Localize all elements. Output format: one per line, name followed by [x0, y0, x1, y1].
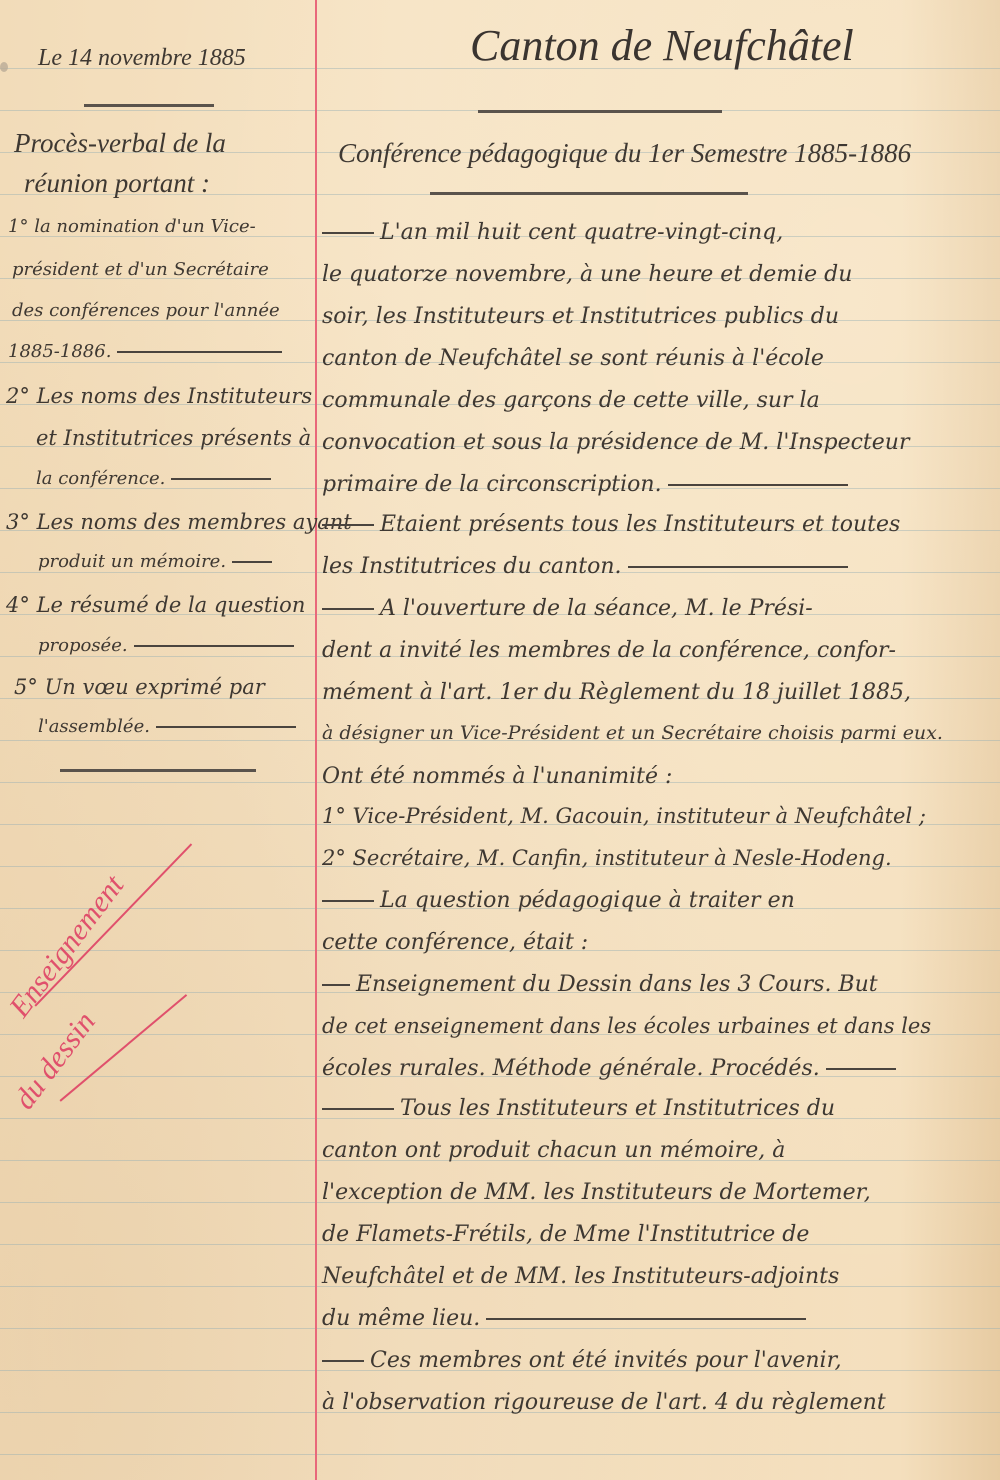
body-line: cette conférence, était :: [322, 932, 588, 954]
body-line: Ces membres ont été invités pour l'aveni…: [322, 1350, 842, 1372]
body-line: Neufchâtel et de MM. les Instituteurs-ad…: [322, 1266, 839, 1288]
margin-item-1-cont: président et d'un Secrétaire: [12, 261, 269, 279]
binding-hole: [0, 62, 8, 72]
body-line: de cet enseignement dans les écoles urba…: [322, 1016, 931, 1037]
document-subtitle: Conférence pédagogique du 1er Semestre 1…: [338, 138, 911, 169]
margin-item-2-cont: et Institutrices présents à: [36, 428, 311, 449]
body-line: A l'ouverture de la séance, M. le Prési-: [322, 598, 813, 620]
margin-item-5-cont: l'assemblée.: [38, 718, 302, 736]
body-line: 1° Vice-Président, M. Gacouin, institute…: [322, 806, 926, 827]
body-line: Enseignement du Dessin dans les 3 Cours.…: [322, 974, 878, 996]
body-line: canton ont produit chacun un mémoire, à: [322, 1140, 785, 1162]
red-margin-line: [315, 0, 317, 1480]
body-line: Tous les Instituteurs et Institutrices d…: [322, 1098, 835, 1120]
margin-item-1-cont: des conférences pour l'année: [12, 302, 280, 320]
divider: [84, 104, 214, 107]
margin-item-1-cont: 1885-1886.: [8, 343, 288, 361]
body-line: convocation et sous la présidence de M. …: [322, 432, 909, 454]
body-line: canton de Neufchâtel se sont réunis à l'…: [322, 348, 824, 370]
entry-date: Le 14 novembre 1885: [38, 45, 246, 72]
margin-heading: Procès-verbal de la: [14, 128, 226, 159]
divider: [430, 192, 748, 195]
body-line: du même lieu.: [322, 1308, 812, 1330]
divider: [60, 769, 256, 772]
margin-heading: réunion portant :: [24, 168, 210, 199]
body-line: 2° Secrétaire, M. Canfin, instituteur à …: [322, 848, 892, 869]
body-line: soir, les Instituteurs et Institutrices …: [322, 306, 839, 328]
body-line: Ont été nommés à l'unanimité :: [322, 766, 672, 788]
body-line: L'an mil huit cent quatre-vingt-cinq,: [322, 222, 783, 244]
body-line: l'exception de MM. les Instituteurs de M…: [322, 1182, 871, 1204]
margin-item-5: 5° Un vœu exprimé par: [14, 677, 265, 698]
margin-item-3-cont: produit un mémoire.: [38, 553, 278, 571]
body-line: dent a invité les membres de la conféren…: [322, 640, 896, 662]
margin-item-1: 1° la nomination d'un Vice-: [8, 218, 256, 236]
body-line: de Flamets-Frétils, de Mme l'Institutric…: [322, 1224, 809, 1246]
document-title: Canton de Neufchâtel: [470, 20, 854, 71]
divider: [478, 110, 722, 113]
body-line: La question pédagogique à traiter en: [322, 890, 795, 912]
body-line: primaire de la circonscription.: [322, 474, 854, 496]
body-line: les Institutrices du canton.: [322, 556, 854, 578]
margin-item-3: 3° Les noms des membres ayant: [6, 512, 352, 533]
margin-item-4-cont: proposée.: [38, 637, 300, 655]
body-line: écoles rurales. Méthode générale. Procéd…: [322, 1058, 902, 1080]
body-line: mément à l'art. 1er du Règlement du 18 j…: [322, 682, 911, 704]
body-line: communale des garçons de cette ville, su…: [322, 390, 820, 412]
margin-item-4: 4° Le résumé de la question: [6, 595, 305, 616]
margin-item-2-cont: la conférence.: [36, 470, 277, 488]
margin-item-2: 2° Les noms des Instituteurs: [6, 386, 312, 407]
body-line: le quatorze novembre, à une heure et dem…: [322, 264, 852, 286]
body-line: à l'observation rigoureuse de l'art. 4 d…: [322, 1392, 886, 1414]
body-line: à désigner un Vice-Président et un Secré…: [322, 724, 943, 743]
body-line: Etaient présents tous les Instituteurs e…: [322, 514, 900, 536]
